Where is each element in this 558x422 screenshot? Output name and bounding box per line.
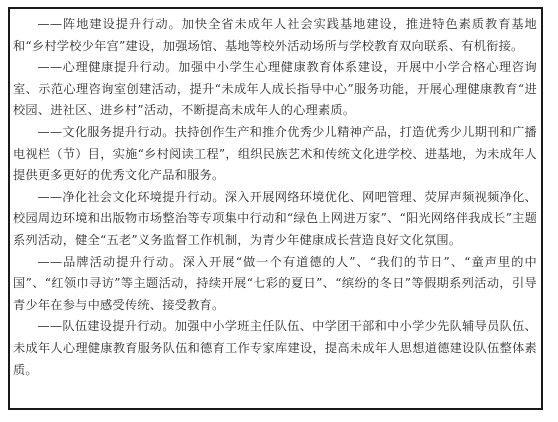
paragraph-cultural-service: ——文化服务提升行动。扶持创作生产和推介优秀少儿精神产品，打造优秀少儿期刊和广播… [13,122,537,187]
paragraph-purify-environment: ——净化社会文化环境提升行动。深入开展网络环境优化、网吧管理、荧屏声频视频净化、… [13,187,537,252]
paragraph-mental-health: ——心理健康提升行动。加强中小学生心理健康教育体系建设，开展中小学合格心理咨询室… [13,57,537,122]
bordered-text-box: ——阵地建设提升行动。加快全省未成年人社会实践基地建设，推进特色素质教育基地和“… [8,7,543,410]
paragraph-position-building: ——阵地建设提升行动。加快全省未成年人社会实践基地建设，推进特色素质教育基地和“… [13,14,537,57]
paragraph-brand-activities: ——品牌活动提升行动。深入开展“做一个有道德的人”、“我们的节日”、“童声里的中… [13,252,537,317]
document-body: ——阵地建设提升行动。加快全省未成年人社会实践基地建设，推进特色素质教育基地和“… [13,14,537,381]
paragraph-team-building: ——队伍建设提升行动。加强中小学班主任队伍、中学团干部和中小学少先队辅导员队伍、… [13,316,537,381]
